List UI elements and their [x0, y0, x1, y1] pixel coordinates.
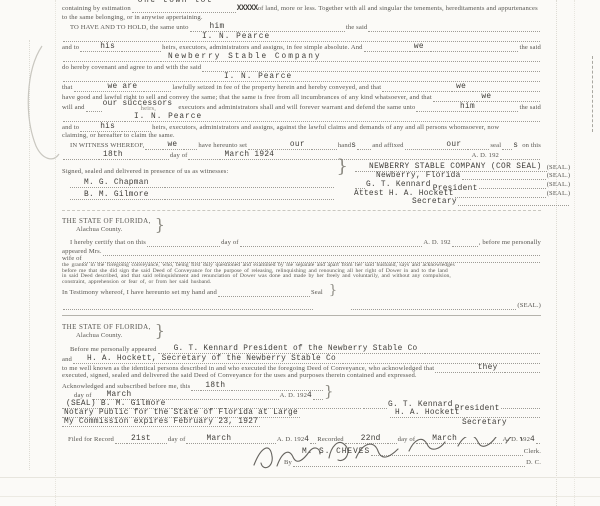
bracket: }	[155, 323, 165, 339]
typed-entry: one town lot	[138, 0, 213, 5]
page-edge-mark	[592, 56, 593, 132]
printed-text: day of	[168, 436, 186, 444]
dotted-rule	[500, 153, 540, 160]
county-label: Alachua County.	[76, 332, 151, 340]
witness-column: Signed, sealed and delivered in presence…	[62, 163, 354, 206]
dotted-rule	[433, 95, 476, 102]
printed-text: day of	[74, 392, 92, 400]
dower-paragraph-line: constraint, apprehension or fear of, or …	[62, 280, 541, 286]
dotted-rule	[479, 182, 546, 189]
dotted-rule	[93, 393, 101, 400]
dotted-rule	[230, 25, 344, 32]
dotted-rule	[382, 85, 450, 92]
deed-form: containing by estimation one town lot XX…	[62, 0, 541, 467]
dotted-rule	[313, 393, 323, 400]
typed-entry: we	[476, 93, 496, 102]
dower-seal-line: (SEAL.)	[62, 301, 541, 310]
dotted-rule	[80, 125, 94, 132]
dotted-rule	[143, 85, 171, 92]
grantee-name-line: I. N. Pearce	[62, 112, 541, 122]
claims-line-2: claiming, or hereafter to claim the same…	[62, 132, 541, 140]
dotted-rule	[137, 393, 278, 400]
printed-text: do hereby covenant and agree to and with…	[62, 64, 201, 72]
printed-text: A. D. 192	[472, 152, 499, 160]
officer-title: Secretary	[412, 198, 457, 206]
seal-label: (SEAL.)	[547, 181, 571, 189]
dotted-rule	[466, 411, 540, 418]
and-line: and H. A. Hockett, Secretary of the Newb…	[62, 354, 541, 364]
typed-entry: 18th	[200, 382, 230, 391]
printed-text: IN WITNESS WHEREOF,	[70, 142, 144, 150]
printed-text: TO HAVE AND TO HOLD, the same unto	[70, 24, 189, 32]
printed-text: claiming, or hereafter to claim the same…	[62, 132, 175, 140]
dotted-rule	[63, 75, 213, 82]
city-seal-row: Newberry, Florida (SEAL.)	[354, 172, 570, 180]
dotted-rule	[145, 143, 161, 150]
overstrike-group: our successors heirs,	[103, 94, 173, 112]
dotted-rule	[502, 143, 512, 150]
witness-signature-row: M. G. Chapman	[62, 176, 354, 188]
printed-text: A. D. 192	[280, 392, 307, 400]
printed-text: will and	[62, 104, 85, 112]
dotted-rule	[63, 35, 191, 42]
notary-title-line: Notary Public for the State of Florida a…	[62, 409, 362, 418]
printed-text: Signed, sealed and delivered in presence…	[62, 168, 228, 176]
typed-entry: they	[473, 364, 503, 373]
dotted-rule	[164, 193, 334, 200]
printed-text: Filed for Record	[68, 436, 114, 444]
grantor-company-line: Newberry Stable Company	[62, 52, 541, 62]
typed-entry: March	[201, 435, 236, 444]
dotted-rule	[281, 35, 540, 42]
printed-text: A. D. 192	[423, 239, 450, 247]
dotted-rule	[355, 165, 363, 172]
scan-mark	[16, 42, 62, 174]
printed-text: and to	[62, 44, 79, 52]
typed-entry: 4	[307, 392, 312, 400]
dotted-rule	[231, 384, 323, 391]
grantee-name-line: I. N. Pearce	[62, 72, 541, 82]
dotted-rule	[462, 173, 546, 180]
state-label: THE STATE OF FLORIDA,	[62, 217, 151, 225]
dotted-rule	[129, 153, 169, 160]
dotted-rule	[405, 143, 441, 150]
acknowledged-group: Acknowledged and subscribed before me, t…	[62, 382, 541, 400]
ledger-line	[0, 496, 600, 497]
ack-date-line: day of March A. D. 192 4	[62, 391, 324, 400]
officer-column: G. T. Kennard President H. A. Hockett Se…	[362, 400, 541, 427]
typed-entry: 18th	[98, 151, 128, 160]
printed-text: that	[62, 84, 73, 92]
dotted-rule	[213, 115, 540, 122]
containing-line: containing by estimation one town lot XX…	[62, 3, 541, 13]
company-signature: NEWBERRY STABLE COMPANY (COR SEAL)	[364, 163, 547, 172]
attest-seal-row: Attest H. A. Hockett (SEAL.)	[354, 189, 570, 198]
venue: THE STATE OF FLORIDA, Alachua County.	[62, 217, 151, 234]
ledger-line	[0, 477, 600, 478]
before-line: Before me personally appeared G. T. Kenn…	[62, 344, 541, 354]
seal-label: (SEAL.)	[547, 164, 571, 172]
typed-entry: I. N. Pearce	[124, 113, 212, 122]
printed-text: heirs, executors, administrators and ass…	[162, 44, 362, 52]
notary-signature: (SEAL) B. M. Gilmore	[62, 400, 170, 409]
dotted-rule	[191, 384, 199, 391]
president-seal-row: G. T. Kennard President (SEAL.)	[354, 180, 570, 189]
printed-text: and	[62, 356, 72, 364]
dotted-rule	[467, 143, 489, 150]
secretary-line: Secretary	[362, 418, 541, 427]
notary-seal-line: (SEAL) B. M. Gilmore	[62, 400, 362, 409]
dotted-rule	[74, 85, 102, 92]
printed-text: the said	[519, 104, 541, 112]
printed-text: the said	[346, 24, 368, 32]
notary-column: (SEAL) B. M. Gilmore Notary Public for t…	[62, 400, 362, 427]
printed-text: executors and administrators shall and w…	[178, 104, 415, 112]
dotted-rule	[73, 357, 81, 364]
dotted-rule	[157, 437, 167, 444]
venue: THE STATE OF FLORIDA, Alachua County.	[62, 323, 151, 340]
gap	[334, 382, 541, 400]
section-separator	[62, 315, 541, 316]
printed-text: hand	[338, 142, 351, 150]
typed-strikeout: XXXXX	[237, 5, 258, 13]
officer-signature: H. A. Hockett	[390, 409, 465, 418]
witness-signature-row: B. M. Gilmore	[62, 188, 354, 200]
dotted-rule	[311, 143, 337, 150]
dotted-rule	[63, 303, 313, 310]
typed-entry: Newberry Stable Company	[160, 53, 330, 62]
president-line: G. T. Kennard President	[362, 400, 541, 409]
testimony-line: In Testimony whereof, I have hereunto se…	[62, 288, 541, 297]
hockett-line: H. A. Hockett	[362, 409, 541, 418]
typed-entry: March 1924	[219, 151, 279, 160]
dotted-rule	[424, 347, 540, 354]
secretary-row: Secretary	[354, 198, 570, 206]
dotted-rule	[280, 153, 470, 160]
typed-entry: we	[451, 83, 471, 92]
dotted-rule	[63, 153, 97, 160]
typed-entry: G. T. Kennard President of the Newberry …	[169, 345, 423, 354]
printed-text: , before me personally	[479, 239, 541, 247]
clerk-signature	[248, 437, 528, 475]
witness-name: M. G. Chapman	[70, 179, 163, 188]
dower-header: THE STATE OF FLORIDA, Alachua County. }	[62, 217, 541, 234]
dotted-rule	[103, 249, 540, 256]
dotted-rule	[481, 105, 519, 112]
page-edge-line	[556, 0, 557, 506]
officer-signature: G. T. Kennard	[388, 401, 453, 409]
dotted-rule	[248, 143, 284, 150]
dotted-rule	[416, 105, 454, 112]
dotted-rule	[452, 240, 478, 247]
dotted-rule	[188, 153, 218, 160]
printed-text: Before me personally appeared	[70, 346, 157, 354]
commission-text: My Commission expires February 23, 1927	[62, 418, 260, 427]
gap	[354, 200, 412, 206]
printed-text: lawfully seized in fee of the property h…	[172, 84, 381, 92]
dotted-rule	[164, 181, 334, 188]
dotted-rule	[171, 402, 361, 409]
heirs-line: and to his heirs, executors, administrat…	[62, 42, 541, 52]
typed-entry: our	[441, 141, 466, 150]
typed-entry: his	[95, 43, 120, 52]
dotted-rule	[430, 45, 519, 52]
dotted-rule	[63, 115, 123, 122]
dotted-rule	[190, 25, 204, 32]
printed-text: have hereunto set	[198, 142, 247, 150]
dotted-rule	[368, 25, 540, 32]
printed-text: Acknowledged and subscribed before me, t…	[62, 383, 190, 391]
typed-entry: s	[351, 142, 356, 150]
dotted-rule	[147, 240, 220, 247]
typed-entry: I. N. Pearce	[214, 73, 302, 82]
printed-text: and affixed	[372, 142, 403, 150]
notary-officer-group: (SEAL) B. M. Gilmore Notary Public for t…	[62, 400, 541, 427]
grantee-name-line: I. N. Pearce	[62, 32, 541, 42]
dotted-rule	[218, 290, 310, 297]
deed-document-page: containing by estimation one town lot XX…	[0, 0, 600, 506]
claims-line: and to his heirs, executors, administrat…	[62, 122, 541, 132]
appeared-line: appeared Mrs.	[62, 247, 541, 256]
dotted-rule	[501, 402, 540, 409]
page-edge-line	[574, 0, 575, 506]
printed-text: D. C.	[526, 459, 541, 467]
printed-text: In Testimony whereof, I have hereunto se…	[62, 289, 217, 297]
notary-title: Notary Public for the State of Florida a…	[62, 409, 300, 418]
dotted-rule	[472, 85, 540, 92]
typed-entry: him	[455, 103, 480, 112]
typed-entry: I. N. Pearce	[192, 33, 280, 42]
seal-column: NEWBERRY STABLE COMPANY (COR SEAL) (SEAL…	[354, 163, 570, 206]
printed-text: heirs, executors, administrators and ass…	[152, 124, 499, 132]
bracket: }	[155, 217, 165, 233]
printed-text: of land, more or less. Together with all…	[258, 5, 538, 13]
dotted-rule	[80, 45, 94, 52]
typed-entry: 21st	[126, 435, 156, 444]
dotted-rule	[357, 143, 371, 150]
typed-entry: we	[162, 141, 182, 150]
typed-entry: we	[409, 43, 429, 52]
dotted-rule	[83, 256, 540, 263]
typed-entry: Newberry, Florida	[376, 172, 461, 180]
seal-label: (SEAL.)	[517, 302, 541, 310]
typed-entry: H. A. Hockett, Secretary of the Newberry…	[82, 355, 341, 364]
acknowledged-line: Acknowledged and subscribed before me, t…	[62, 382, 324, 391]
witness-whereof-line: IN WITNESS WHEREOF, we have hereunto set…	[62, 140, 541, 150]
witness-name: B. M. Gilmore	[70, 191, 163, 200]
section-separator	[62, 210, 541, 211]
clerk-block: M. S. CHEVES Clerk. By D. C.	[62, 446, 541, 467]
dotted-rule	[121, 125, 151, 132]
printed-text: the said	[519, 44, 541, 52]
typed-entry: him	[205, 23, 230, 32]
dotted-rule	[121, 45, 161, 52]
officer-signature: Attest H. A. Hockett	[354, 190, 454, 198]
officer-title: Secretary	[462, 419, 507, 427]
printed-text: wife of	[62, 255, 82, 263]
typed-entry: our	[285, 141, 310, 150]
commission-line: My Commission expires February 23, 1927	[62, 418, 362, 427]
known-line-2: executed, signed, sealed and delivered t…	[62, 373, 541, 380]
printed-text: executed, signed, sealed and delivered t…	[62, 372, 417, 380]
dotted-rule	[351, 303, 516, 310]
ack-header: THE STATE OF FLORIDA, Alachua County. }	[62, 323, 541, 340]
bracket: }	[329, 284, 337, 297]
dotted-rule	[458, 199, 569, 206]
dotted-rule	[186, 437, 200, 444]
dotted-rule	[342, 357, 540, 364]
dotted-rule	[355, 182, 365, 189]
indent	[62, 194, 70, 200]
gap	[362, 421, 462, 427]
printed-text: containing by estimation	[62, 5, 131, 13]
dotted-rule: one town lot	[132, 6, 236, 13]
bracket: }	[324, 384, 334, 399]
have-hold-line: TO HAVE AND TO HOLD, the same unto him t…	[62, 22, 541, 32]
dotted-rule	[115, 437, 125, 444]
dotted-rule	[303, 75, 540, 82]
wife-line: wife of	[62, 256, 541, 263]
dotted-rule	[363, 402, 387, 409]
seal-label: (SEAL.)	[547, 172, 571, 180]
dotted-rule	[331, 55, 540, 62]
dotted-rule	[364, 45, 408, 52]
dotted-rule	[504, 366, 540, 373]
typed-entry: March	[102, 391, 137, 400]
dotted-rule	[86, 105, 102, 112]
date-line: 18th day of March 1924 A. D. 192	[62, 150, 541, 160]
dotted-rule	[202, 65, 540, 72]
county-label: Alachua County.	[76, 226, 151, 234]
certify-line: I hereby certify that on this day of A. …	[62, 237, 541, 247]
typed-entry: we are	[103, 83, 143, 92]
printed-text: seal	[490, 142, 501, 150]
warrant-line: will and our successors heirs, executors…	[62, 102, 541, 112]
signature-block: Signed, sealed and delivered in presence…	[62, 163, 541, 206]
printed-text: day of	[170, 152, 188, 160]
seal-label: (SEAL.)	[547, 190, 571, 198]
dotted-rule	[536, 437, 540, 444]
printed-text: on this	[522, 142, 541, 150]
state-label: THE STATE OF FLORIDA,	[62, 323, 151, 331]
dotted-rule	[63, 55, 159, 62]
dotted-rule	[435, 366, 471, 373]
acknowledged-column: Acknowledged and subscribed before me, t…	[62, 382, 324, 400]
containing-line-2: to the same belonging, or in anywise app…	[62, 13, 541, 22]
gap	[314, 304, 350, 310]
dotted-rule	[455, 191, 546, 198]
printed-text: I hereby certify that on this	[70, 239, 146, 247]
company-seal-row: NEWBERRY STABLE COMPANY (COR SEAL) (SEAL…	[354, 163, 570, 172]
witness-label-row: Signed, sealed and delivered in presence…	[62, 163, 354, 176]
covenant-line: do hereby covenant and agree to and with…	[62, 62, 541, 72]
officer-signature: G. T. Kennard	[366, 181, 431, 189]
printed-text: and to	[62, 124, 79, 132]
dotted-rule	[158, 347, 168, 354]
typed-entry: our successors	[103, 100, 173, 108]
printed-text: day of	[221, 239, 239, 247]
bracket: }	[337, 158, 348, 176]
dotted-rule	[497, 95, 540, 102]
typed-entry: his	[95, 123, 120, 132]
printed-text: to the same belonging, or in anywise app…	[62, 14, 203, 22]
printed-text: Seal	[311, 289, 323, 297]
dotted-rule	[240, 240, 423, 247]
dotted-rule	[183, 143, 197, 150]
typed-entry: 4	[530, 436, 535, 444]
seized-line: that we are lawfully seized in fee of th…	[62, 82, 541, 92]
